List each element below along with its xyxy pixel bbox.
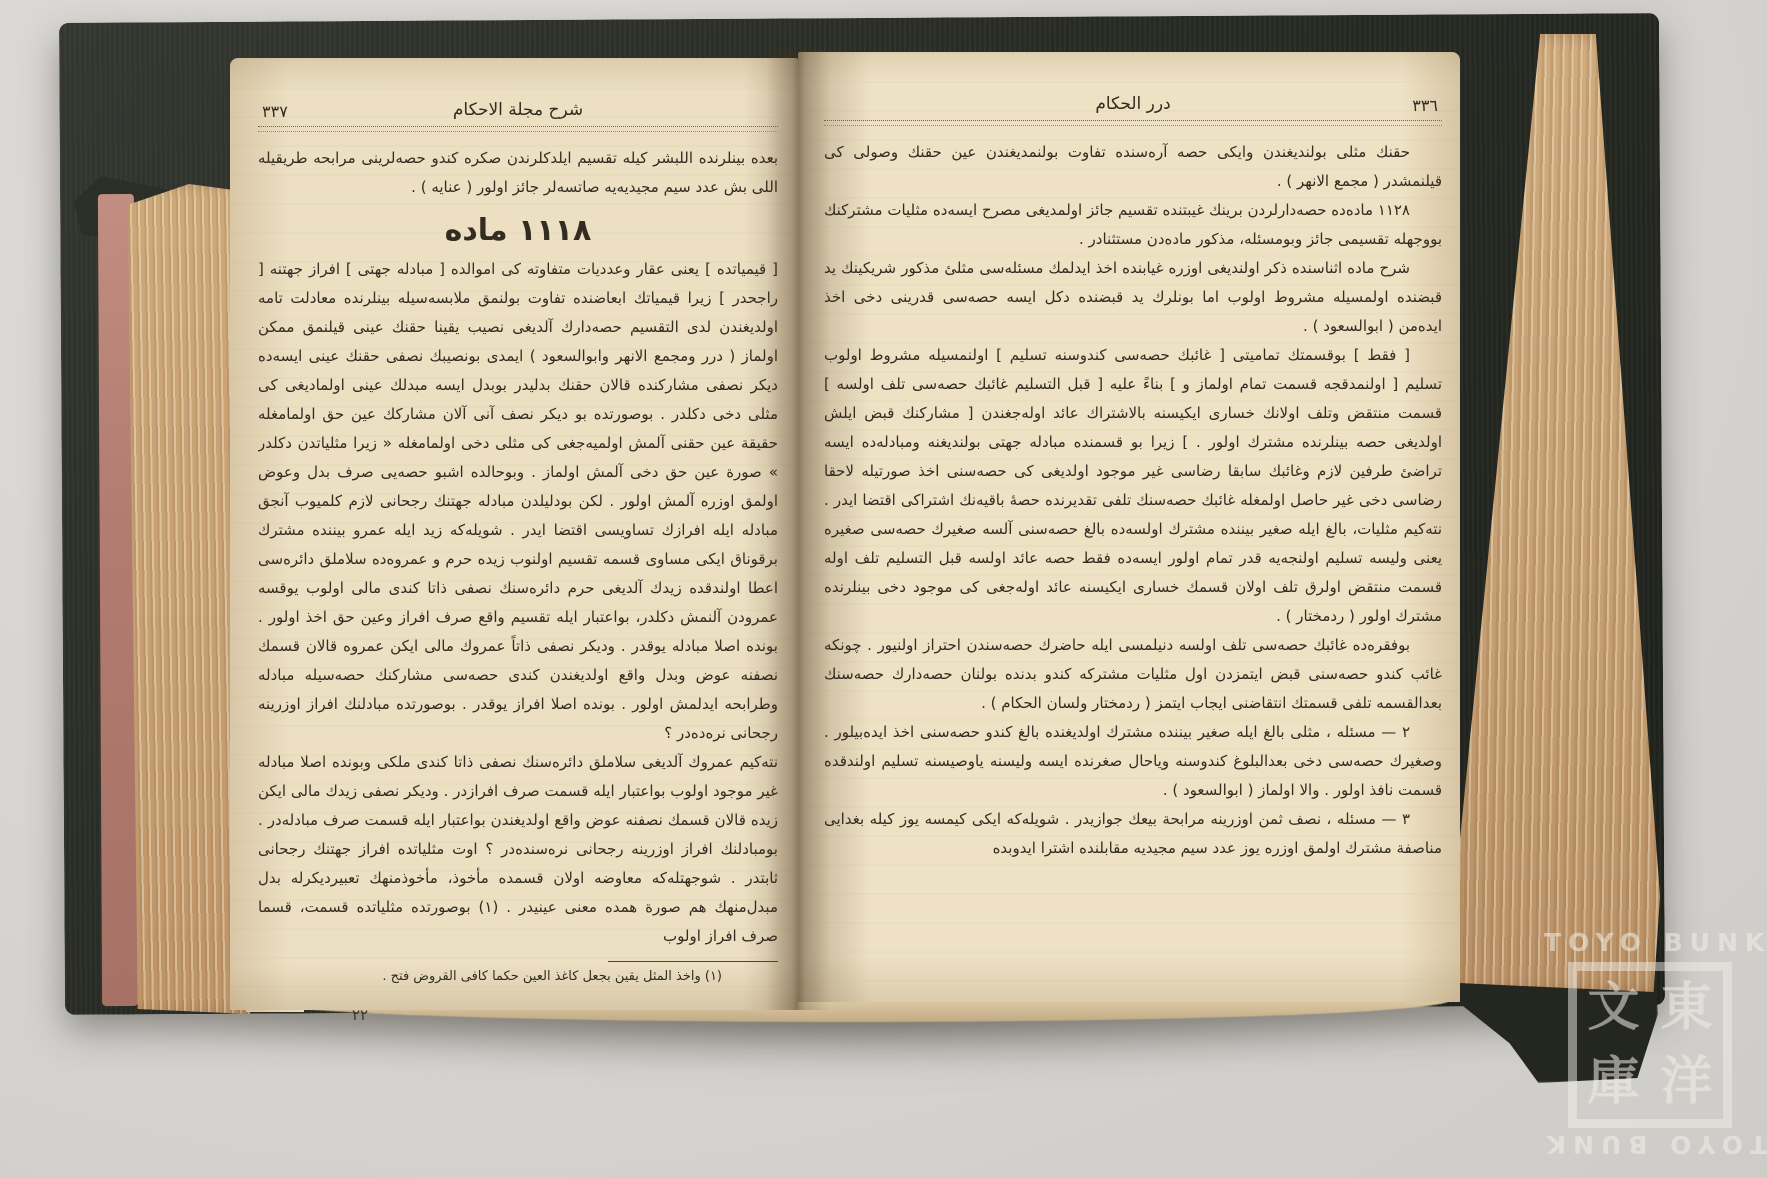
footnote: (١) واخذ المثل يقين بجعل كاغذ العين حكما… <box>258 967 778 987</box>
left-page-text: ٣٣٧ شرح مجلة الاحكام بعده بينلرنده اللبش… <box>258 96 778 1008</box>
paragraph: بوفقره‌ده غائبك حصه‌سى تلف اولسه دنيلمسى… <box>824 631 1442 718</box>
left-header-rule <box>258 126 778 132</box>
left-page-header: ٣٣٧ شرح مجلة الاحكام <box>258 96 778 124</box>
article-heading: ١١١٨ ماده <box>258 216 778 245</box>
paragraph: [ قيمياتده ] يعنى عقار وعدديات متفاوته ك… <box>258 255 778 748</box>
right-page-header: درر الحكام ٣٣٦ <box>824 90 1442 118</box>
paragraph: نته‌كيم عمروك آلديغى سلاملق دائره‌سنك نص… <box>258 748 778 951</box>
paragraph: بعده بينلرنده اللبشر كيله تقسيم ايلدكلرن… <box>258 144 778 202</box>
right-page-text: درر الحكام ٣٣٦ حقنك مثلى بولنديغندن وايك… <box>824 90 1442 998</box>
right-page-running-title: درر الحكام <box>1095 94 1170 114</box>
left-page-number: ٣٣٧ <box>262 97 288 126</box>
left-body-paragraphs: [ قيمياتده ] يعنى عقار وعدديات متفاوته ك… <box>258 255 778 951</box>
paragraph: ١١٢٨ ماده‌ده حصه‌دارلردن برينك غيبتنده ت… <box>824 196 1442 254</box>
watermark-text-bottom: TOYO BUNKO <box>1544 1130 1767 1159</box>
paragraph: ٢ — مسئله ، مثلى بالغ ايله صغير بيننده م… <box>824 718 1442 805</box>
seal-character: 洋 <box>1650 1050 1723 1114</box>
signature-mark: ٢٢ <box>352 1006 368 1024</box>
paragraph: شرح ماده اثناسنده ذكر اولنديغى اوزره غيا… <box>824 254 1442 341</box>
left-page-running-title: شرح مجلة الاحكام <box>453 100 583 120</box>
footnote-rule <box>608 961 778 962</box>
book-photo: ٣٣٧ شرح مجلة الاحكام بعده بينلرنده اللبش… <box>0 0 1767 1178</box>
right-header-rule <box>824 120 1442 126</box>
left-intro-paragraphs: بعده بينلرنده اللبشر كيله تقسيم ايلدكلرن… <box>258 144 778 202</box>
right-paragraphs: حقنك مثلى بولنديغندن وايكى حصه آره‌سنده … <box>824 138 1442 863</box>
paragraph: [ فقط ] بوقسمتك تماميتى [ غائبك حصه‌سى ك… <box>824 341 1442 631</box>
paragraph: حقنك مثلى بولنديغندن وايكى حصه آره‌سنده … <box>824 138 1442 196</box>
right-page-number: ٣٣٦ <box>1412 91 1438 120</box>
paragraph: ٣ — مسئله ، نصف ثمن اوزرينه مرابحة بيعك … <box>824 805 1442 863</box>
